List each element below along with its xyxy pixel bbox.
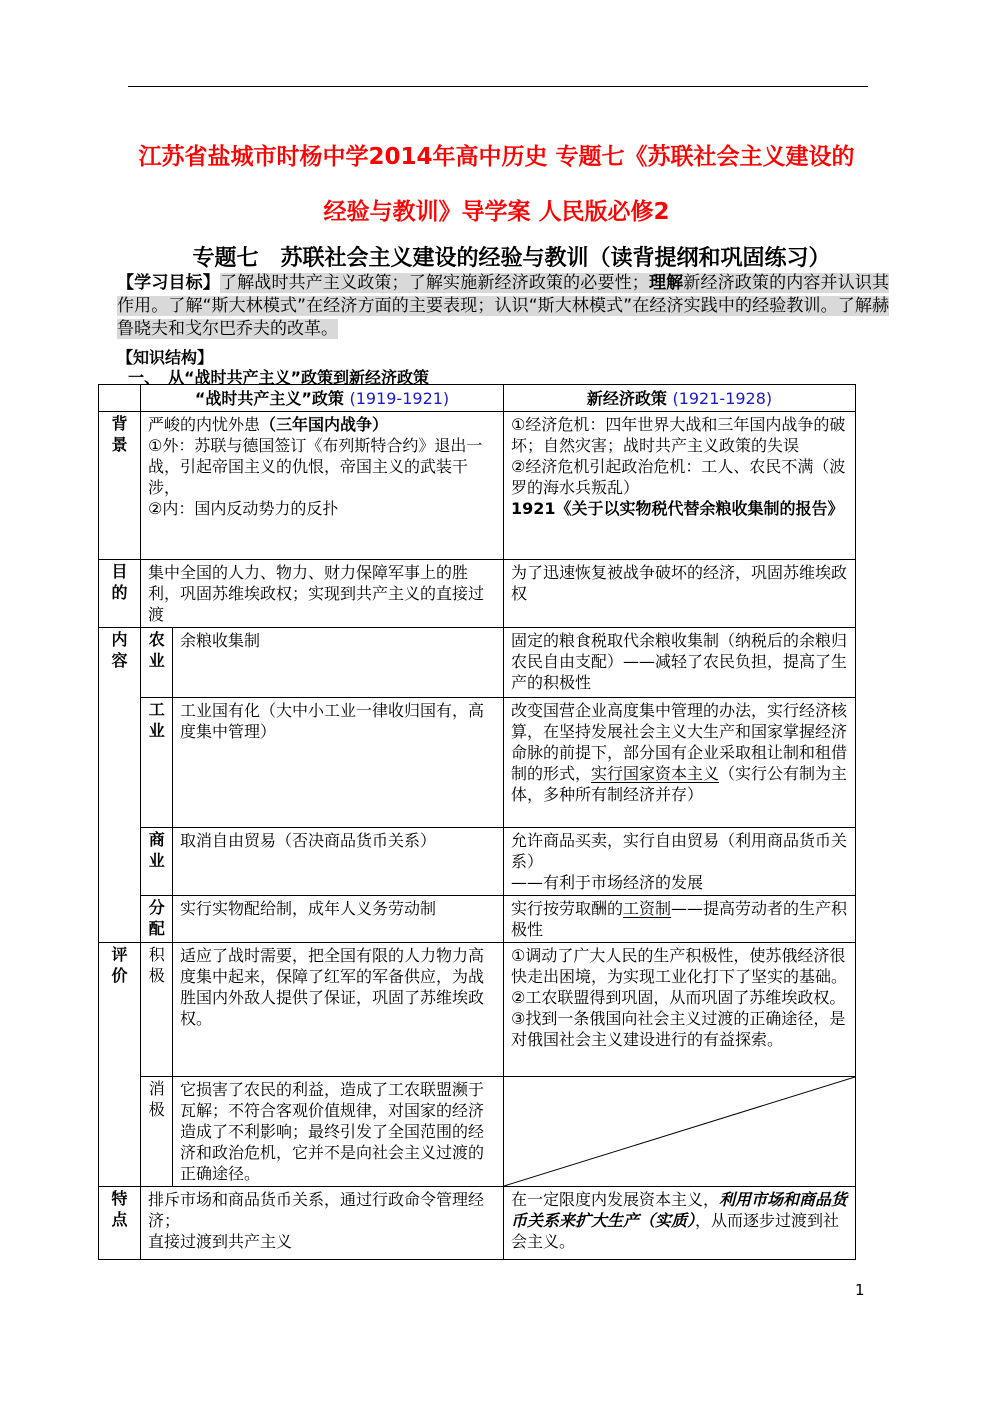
diagonal-line xyxy=(504,1077,855,1186)
label-features: 特点 xyxy=(99,1187,141,1260)
commerce-right-p2: ——有利于市场经济的发展 xyxy=(511,872,848,893)
header-nep-years: (1921-1928) xyxy=(672,389,772,408)
row-background: 背景 严峻的内忧外患（三年国内战争） ①外：苏联与德国签订《布列斯特合约》退出一… xyxy=(99,412,856,560)
label-negative: 消极 xyxy=(141,1077,173,1187)
background-right-cell: ①经济危机：四年世界大战和三年国内战争的破坏；自然灾害；战时共产主义政策的失误 … xyxy=(504,412,856,560)
row-evaluation-positive: 评价 积极 适应了战时需要，把全国有限的人力物力高度集中起来，保障了红军的军备供… xyxy=(99,943,856,1077)
table-corner-cell xyxy=(99,385,141,412)
distribution-right-underlined: 工资制 xyxy=(623,899,671,918)
label-commerce: 商业 xyxy=(141,828,173,896)
features-left-cell: 排斥市场和商品货币关系，通过行政命令管理经济； 直接过渡到共产主义 xyxy=(141,1187,504,1260)
agriculture-left-cell: 余粮收集制 xyxy=(173,628,504,698)
agriculture-right-cell: 固定的粮食税取代余粮收集制（纳税后的余粮归农民自由支配）——减轻了农民负担，提高… xyxy=(504,628,856,698)
label-content: 内容 xyxy=(99,628,141,943)
negative-left-cell: 它损害了农民的利益，造成了工农联盟濒于瓦解；不符合客观价值规律，对国家的经济造成… xyxy=(173,1077,504,1187)
row-evaluation-negative: 消极 它损害了农民的利益，造成了工农联盟濒于瓦解；不符合客观价值规律，对国家的经… xyxy=(99,1077,856,1187)
row-content-industry: 工业 工业国有化（大中小工业一律收归国有，高度集中管理） 改变国营企业高度集中管… xyxy=(99,698,856,828)
label-purpose: 目的 xyxy=(99,560,141,628)
learning-objectives: 【学习目标】了解战时共产主义政策；了解实施新经济政策的必要性；理解新经济政策的内… xyxy=(117,272,889,341)
topic-heading: 专题七 苏联社会主义建设的经验与教训（读背提纲和巩固练习） xyxy=(0,241,993,272)
row-content-commerce: 商业 取消自由贸易（否决商品货币关系） 允许商品买卖，实行自由贸易（利用商品货币… xyxy=(99,828,856,896)
features-right-pre: 在一定限度内发展资本主义， xyxy=(511,1190,719,1209)
industry-left-cell: 工业国有化（大中小工业一律收归国有，高度集中管理） xyxy=(173,698,504,828)
header-nep: 新经济政策 (1921-1928) xyxy=(504,385,856,412)
background-right-p1: ①经济危机：四年世界大战和三年国内战争的破坏；自然灾害；战时共产主义政策的失误 xyxy=(511,414,848,456)
row-content-agriculture: 内容 农业 余粮收集制 固定的粮食税取代余粮收集制（纳税后的余粮归农民自由支配）… xyxy=(99,628,856,698)
row-purpose: 目的 集中全国的人力、物力、财力保障军事上的胜利，巩固苏维埃政权；实现到共产主义… xyxy=(99,560,856,628)
distribution-right-cell: 实行按劳取酬的工资制——提高劳动者的生产积极性 xyxy=(504,896,856,943)
header-war-communism-years: (1919-1921) xyxy=(349,389,449,408)
label-positive: 积极 xyxy=(141,943,173,1077)
purpose-right-cell: 为了迅速恢复被战争破坏的经济，巩固苏维埃政权 xyxy=(504,560,856,628)
header-nep-title: 新经济政策 xyxy=(587,389,667,408)
features-left-p2: 直接过渡到共产主义 xyxy=(148,1231,496,1252)
table-header-row: “战时共产主义”政策 (1919-1921) 新经济政策 (1921-1928) xyxy=(99,385,856,412)
distribution-left-cell: 实行实物配给制，成年人义务劳动制 xyxy=(173,896,504,943)
commerce-right-cell: 允许商品买卖，实行自由贸易（利用商品货币关系） ——有利于市场经济的发展 xyxy=(504,828,856,896)
background-left-p1: 严峻的内忧外患（三年国内战争） xyxy=(148,414,496,435)
knowledge-table: “战时共产主义”政策 (1919-1921) 新经济政策 (1921-1928)… xyxy=(98,384,856,1260)
label-agriculture: 农业 xyxy=(141,628,173,698)
document-title-line1: 江苏省盐城市时杨中学2014年高中历史 专题七《苏联社会主义建设的 xyxy=(0,146,993,169)
page-number: 1 xyxy=(855,1281,865,1299)
label-background: 背景 xyxy=(99,412,141,560)
industry-right-cell: 改变国营企业高度集中管理的办法，实行经济核算，在坚持发展社会主义大生产和国家掌握… xyxy=(504,698,856,828)
background-left-p3: ②内：国内反动势力的反扑 xyxy=(148,498,496,519)
positive-right-cell: ①调动了广大人民的生产积极性，使苏俄经济很快走出困境，为实现工业化打下了坚实的基… xyxy=(504,943,856,1077)
negative-right-empty-cell xyxy=(504,1077,856,1187)
background-right-p3: 1921《关于以实物税代替余粮收集制的报告》 xyxy=(511,498,848,519)
learning-objectives-label: 【学习目标】 xyxy=(117,273,220,293)
objectives-text-1: 了解战时共产主义政策；了解实施新经济政策的必要性； xyxy=(220,273,649,293)
background-right-p2: ②经济危机引起政治危机：工人、农民不满（波罗的海水兵叛乱） xyxy=(511,456,848,498)
label-evaluation: 评价 xyxy=(99,943,141,1187)
features-left-p1: 排斥市场和商品货币关系，通过行政命令管理经济； xyxy=(148,1189,496,1231)
header-war-communism: “战时共产主义”政策 (1919-1921) xyxy=(141,385,504,412)
purpose-left-cell: 集中全国的人力、物力、财力保障军事上的胜利，巩固苏维埃政权；实现到共产主义的直接… xyxy=(141,560,504,628)
row-content-distribution: 分配 实行实物配给制，成年人义务劳动制 实行按劳取酬的工资制——提高劳动者的生产… xyxy=(99,896,856,943)
distribution-right-pre: 实行按劳取酬的 xyxy=(511,899,623,918)
header-war-communism-title: “战时共产主义”政策 xyxy=(195,389,344,408)
commerce-left-cell: 取消自由贸易（否决商品货币关系） xyxy=(173,828,504,896)
label-distribution: 分配 xyxy=(141,896,173,943)
background-left-cell: 严峻的内忧外患（三年国内战争） ①外：苏联与德国签订《布列斯特合约》退出一战，引… xyxy=(141,412,504,560)
commerce-right-p1: 允许商品买卖，实行自由贸易（利用商品货币关系） xyxy=(511,830,848,872)
industry-right-underlined: 实行国家资本主义 xyxy=(591,764,719,783)
positive-left-cell: 适应了战时需要，把全国有限的人力物力高度集中起来，保障了红军的军备供应，为战胜国… xyxy=(173,943,504,1077)
header-rule xyxy=(128,86,868,87)
features-right-cell: 在一定限度内发展资本主义，利用市场和商品货币关系来扩大生产（实质），从而逐步过渡… xyxy=(504,1187,856,1260)
document-title: 江苏省盐城市时杨中学2014年高中历史 专题七《苏联社会主义建设的 经验与教训》… xyxy=(0,146,993,256)
label-industry: 工业 xyxy=(141,698,173,828)
row-features: 特点 排斥市场和商品货币关系，通过行政命令管理经济； 直接过渡到共产主义 在一定… xyxy=(99,1187,856,1260)
objectives-text-2: 理解 xyxy=(649,273,683,293)
background-left-p2: ①外：苏联与德国签订《布列斯特合约》退出一战，引起帝国主义的仇恨，帝国主义的武装… xyxy=(148,435,496,498)
document-title-line2: 经验与教训》导学案 人民版必修2 xyxy=(0,201,993,224)
